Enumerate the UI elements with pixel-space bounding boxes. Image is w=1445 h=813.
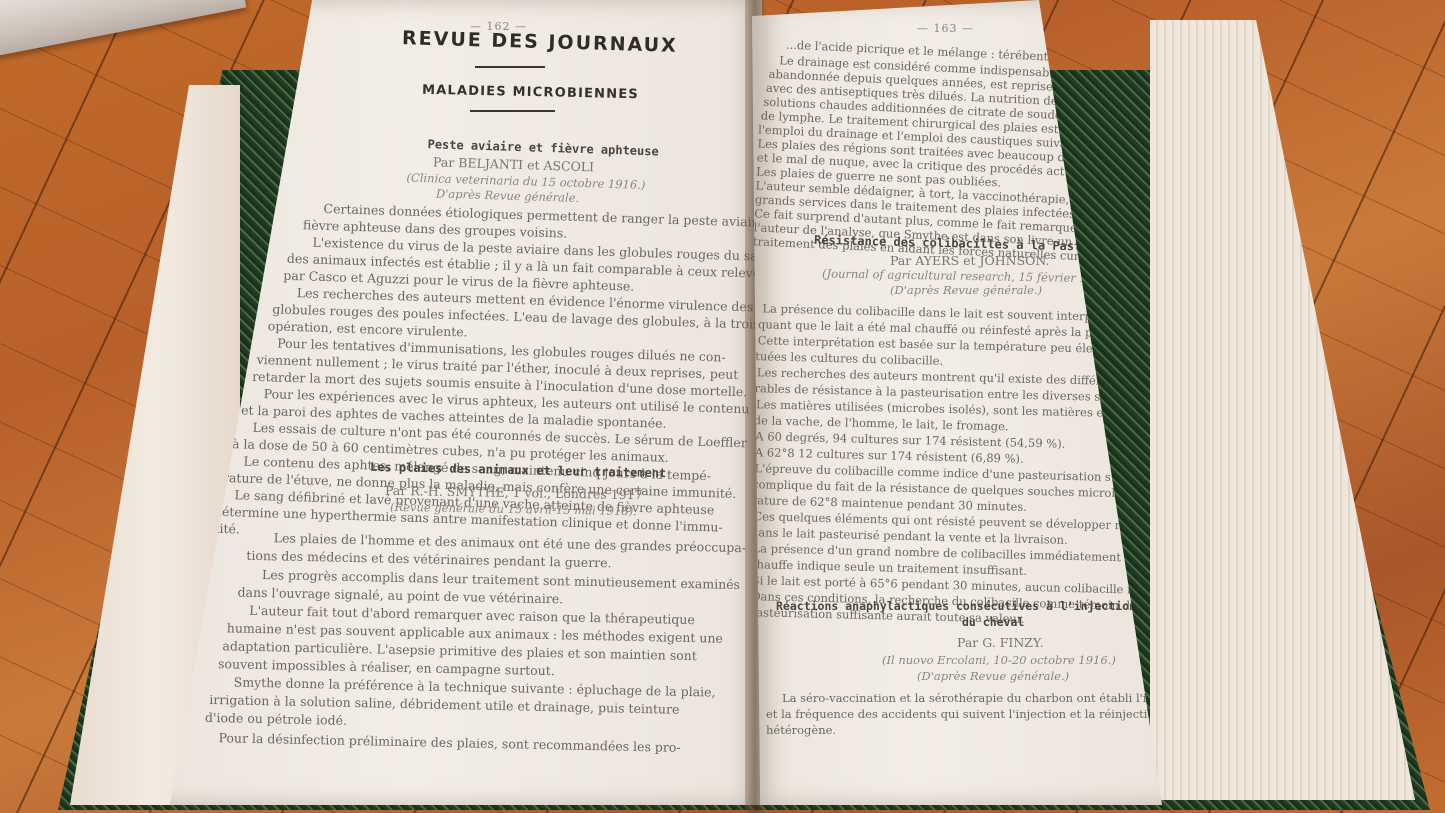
right-page-edges bbox=[1150, 20, 1415, 800]
article-byline: Par G. FINZY. bbox=[957, 634, 1044, 652]
paragraph-line: hétérogène. bbox=[766, 722, 836, 740]
paragraph-line: Pour la désinfection préliminaire des pl… bbox=[218, 729, 680, 756]
baseboard-molding bbox=[0, 0, 246, 57]
paragraph-line: d'iode ou pétrole iodé. bbox=[205, 709, 347, 730]
article-source: (D'après Revue générale.) bbox=[890, 282, 1042, 300]
section-rule bbox=[470, 110, 555, 112]
article-title: du cheval bbox=[962, 614, 1024, 632]
journal-header: REVUE DES JOURNAUX bbox=[402, 30, 678, 55]
page-number: — 163 — bbox=[917, 20, 974, 38]
section-title: MALADIES MICROBIENNES bbox=[422, 82, 639, 104]
header-rule bbox=[475, 66, 545, 68]
article-source: (D'après Revue générale.) bbox=[917, 668, 1069, 686]
